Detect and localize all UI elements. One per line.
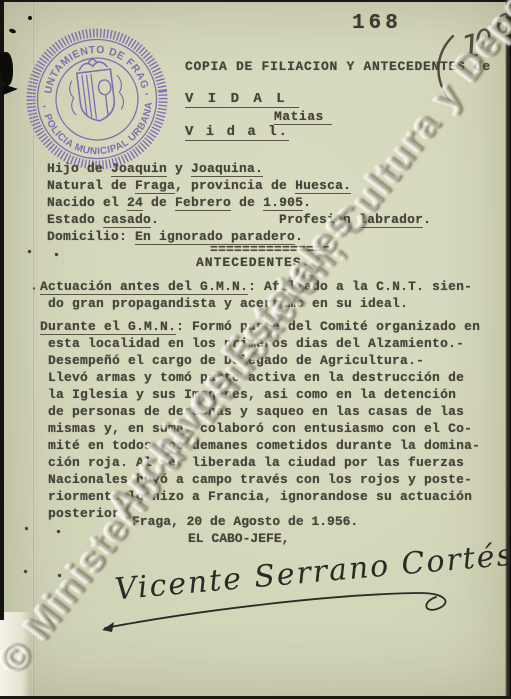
text-segment: Natural de xyxy=(47,178,135,193)
text-segment: y xyxy=(167,161,191,176)
underlined-text: Joaquin xyxy=(111,161,167,177)
text-segment: Nacionales huyó a campo través con los r… xyxy=(40,472,472,487)
ink-blot xyxy=(3,84,18,95)
text-segment: . Profesión xyxy=(151,212,359,227)
text-line: Estado casado. Profesión labrador. xyxy=(47,211,431,228)
signature-name: Vicente Serrano Cortés xyxy=(113,538,511,608)
paper-crease xyxy=(32,0,34,699)
text-segment: . xyxy=(423,212,431,227)
signature-flourish-tip xyxy=(102,622,114,632)
scan-corner-light xyxy=(0,612,30,699)
scanned-document-page: { "colors": { "paper": "#d5d7bb", "typew… xyxy=(0,0,511,699)
stamp-right-dash: - xyxy=(144,88,149,100)
filiation-block: Hijo de Joaquin y Joaquina.Natural de Fr… xyxy=(47,160,431,245)
text-line: riormente lo hizo a Francia, ignorandose… xyxy=(40,488,480,505)
text-segment: riormente lo hizo a Francia, ignorandose… xyxy=(40,489,472,504)
underlined-text: Febrero xyxy=(175,195,231,211)
text-line: mismas y, en suma, colaboró con entusias… xyxy=(40,420,480,437)
underlined-text: Huesca. xyxy=(295,178,351,194)
text-line: mité en todos los demanes cometidos dura… xyxy=(40,437,480,454)
municipal-stamp: AYUNTAMIENTO DE FRAGA POLICIA MUNICIPAL … xyxy=(13,15,180,182)
text-segment: Nacido el xyxy=(47,195,127,210)
underlined-text: V I D A L xyxy=(185,91,299,108)
folio-number-typed: 168 xyxy=(352,12,402,35)
text-segment: de xyxy=(143,195,175,210)
text-segment: Estado xyxy=(47,212,103,227)
margin-dot xyxy=(57,530,60,533)
left-flourish xyxy=(69,81,76,115)
text-line: esta localidad en los primeros dias del … xyxy=(40,335,480,352)
stamp-left-dash: - xyxy=(42,100,47,112)
signer-role: EL CABO-JEFE, xyxy=(188,531,289,546)
right-flourish xyxy=(117,75,124,109)
section-title: ANTECEDENTES. xyxy=(196,255,310,270)
ink-blot xyxy=(0,52,13,86)
text-segment: do gran propagandista y acerrimo en su i… xyxy=(40,296,408,311)
text-segment: . xyxy=(303,195,311,210)
text-line: Nacido el 24 de Febrero de 1.905. xyxy=(47,194,431,211)
text-segment: mité en todos los demanes cometidos dura… xyxy=(40,438,480,453)
text-segment: Domicilio: xyxy=(47,229,135,244)
text-line: Hijo de Joaquin y Joaquina. xyxy=(47,160,431,177)
folio-number-handwritten: 1 0 6 xyxy=(415,2,511,112)
underlined-text: Actuación antes del G.M.N. xyxy=(40,279,248,295)
scan-edge-right xyxy=(505,0,511,699)
underlined-text: Fraga xyxy=(135,178,175,194)
text-segment: de personas de derechas y saqueo en las … xyxy=(40,404,464,419)
ink-blot xyxy=(28,16,32,20)
underlined-text: 24 xyxy=(127,195,143,211)
stamp-coat-of-arms xyxy=(66,56,125,124)
text-line: de personas de derechas y saqueo en las … xyxy=(40,403,480,420)
text-segment: la Iglesia y sus Imagenes, asi como en l… xyxy=(40,387,456,402)
text-line: Durante el G.M.N.: Formó parte del Comit… xyxy=(40,318,480,335)
text-line: Natural de Fraga, provincia de Huesca. xyxy=(47,177,431,194)
signature: Vicente Serrano Cortés xyxy=(90,552,480,652)
eagle-crest xyxy=(78,58,107,70)
paper-background: 168 1 0 6 AYUNTAMIENTO DE FRAGA POLICIA … xyxy=(0,0,511,699)
margin-dot xyxy=(55,253,58,256)
text-line: Desempeñó el cargo de Delegado de Agricu… xyxy=(40,352,480,369)
text-segment: Llevó armas y tomó parte activa en la de… xyxy=(40,370,464,385)
text-line: Nacionales huyó a campo través con los r… xyxy=(40,471,480,488)
text-segment: Desempeñó el cargo de Delegado de Agricu… xyxy=(40,353,424,368)
handwritten-digit: 0 xyxy=(473,22,495,57)
underlined-text: Joaquina. xyxy=(191,161,263,177)
subject-given-name: Matias xyxy=(274,109,332,124)
margin-dot xyxy=(24,570,27,573)
subject-surname-mixed: V i d a l. xyxy=(185,124,289,140)
text-segment: mismas y, en suma, colaboró con entusias… xyxy=(40,421,472,436)
text-segment: de xyxy=(231,195,263,210)
text-segment: ción roja. Al ser liberada la ciudad por… xyxy=(40,455,464,470)
margin-dot xyxy=(58,574,61,577)
scan-edge-top xyxy=(0,0,511,2)
document-title: COPIA DE FILIACION Y ANTECEDENTES de xyxy=(185,59,491,74)
text-line: Llevó armas y tomó parte activa en la de… xyxy=(40,369,480,386)
dateline: Fraga, 20 de Agosto de 1.956. xyxy=(132,514,358,529)
text-segment: : Formó parte del Comité organizado en xyxy=(176,319,480,334)
paragraph-before-gmn: Actuación antes del G.M.N.: Afiliado a l… xyxy=(40,278,472,312)
underlined-text: labrador xyxy=(359,212,423,228)
text-segment: Hijo de xyxy=(47,161,111,176)
margin-dot xyxy=(25,527,28,530)
underlined-text: Matias xyxy=(274,109,332,125)
text-segment: , provincia de xyxy=(175,178,295,193)
text-line: ción roja. Al ser liberada la ciudad por… xyxy=(40,454,480,471)
text-segment: esta localidad en los primeros dias del … xyxy=(40,336,464,351)
text-segment: : Afiliado a la C.N.T. sien- xyxy=(248,279,472,294)
underlined-text: casado xyxy=(103,212,151,228)
text-line: do gran propagandista y acerrimo en su i… xyxy=(40,295,472,312)
underlined-text: V i d a l. xyxy=(185,124,289,141)
text-segment: posterior. xyxy=(40,506,128,521)
paragraph-during-gmn: Durante el G.M.N.: Formó parte del Comit… xyxy=(40,318,480,522)
subject-surname-caps: V I D A L xyxy=(185,91,299,107)
underlined-text: 1.905 xyxy=(263,195,303,211)
text-line: Actuación antes del G.M.N.: Afiliado a l… xyxy=(40,278,472,295)
underlined-text: Durante el G.M.N. xyxy=(40,319,176,335)
text-line: la Iglesia y sus Imagenes, asi como en l… xyxy=(40,386,480,403)
margin-dot xyxy=(28,250,31,253)
